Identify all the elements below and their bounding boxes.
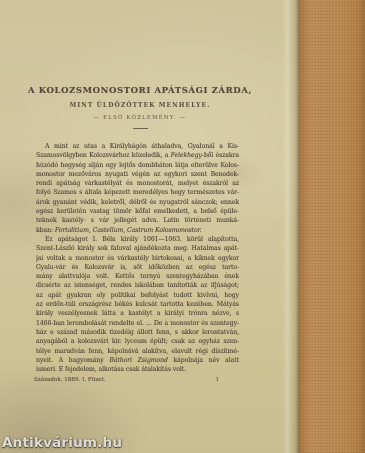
text-line: Szent-László király sok faluval ajándéko…: [36, 244, 239, 253]
text-line: húzódó hegység alján egy lejtős dombháto…: [36, 161, 239, 170]
text-line: ház e század második tizedéig állott fen…: [36, 328, 239, 337]
text-line: anyagából a kolozsvári kir. lyceum épült…: [36, 337, 239, 346]
article-subtitle: MINT ÜLDÖZÖTTEK MENHELYE.: [18, 102, 262, 109]
text-line: ismeri. E fejedelem, alkotása csak átala…: [36, 365, 239, 374]
section-label: — ELSŐ KÖZLEMÉNY. —: [18, 115, 262, 121]
article-header: A KOLOZSMONOSTORI APÁTSÁGI ZÁRDA, MINT Ü…: [18, 86, 262, 129]
text-line: egész kerületén vastag tömör kőfal emelk…: [36, 207, 239, 216]
book-cover-edge: [298, 0, 365, 453]
text-line: Ez apátságot I. Béla király 1061—1063. k…: [36, 235, 239, 244]
text-line: Gyalu-vár és Kolozsvár is, sőt időközben…: [36, 263, 239, 272]
text-line: rendi apátság várkastélyát és monostorát…: [36, 179, 239, 188]
book-scan: A KOLOZSMONOSTORI APÁTSÁGI ZÁRDA, MINT Ü…: [0, 0, 365, 453]
text-line: 1466-ban lerombolását rendelte el. ... D…: [36, 319, 239, 328]
article-title: A KOLOZSMONOSTORI APÁTSÁGI ZÁRDA,: [18, 86, 262, 96]
page-number: 1: [215, 377, 219, 383]
text-line: jai voltak a monostor és várkastély birt…: [36, 254, 239, 263]
text-line: árok gyanánt védik, keletről, délről és …: [36, 198, 239, 207]
text-line: az apát gyakran oly politikai befolyást …: [36, 291, 239, 300]
book-page: A KOLOZSMONOSTORI APÁTSÁGI ZÁRDA, MINT Ü…: [0, 0, 300, 453]
text-line: teknek kastély- s vár jellegét adva. Lat…: [36, 216, 239, 225]
text-line: télye maradván fenn, kápolnává alakítva,…: [36, 347, 239, 356]
text-line: nyeit. A hagyomány Báthori Zsigmond kápo…: [36, 356, 239, 365]
text-line: mány alattvalója volt. Kettős tornyú sze…: [36, 272, 239, 281]
divider: [133, 128, 148, 129]
journal-footnote: Századok. 1889. I. Füzet.: [34, 377, 106, 383]
text-line: az erdőn-túli országrész békés kulcsát t…: [36, 300, 239, 309]
text-line: dicsérte az istenséget, rendes iskolában…: [36, 281, 239, 290]
page-footer: Századok. 1889. I. Füzet. 1: [34, 377, 239, 383]
text-line: Szamosvölgyben Kolozsvárhoz közeledik, a…: [36, 151, 239, 160]
watermark: Antikvárium.hu: [2, 435, 122, 451]
body-text: A mint az utas a Királyhágón áthaladva, …: [36, 142, 239, 374]
text-line: monostor mezőváros nyugati végén az egyk…: [36, 170, 239, 179]
text-line: A mint az utas a Királyhágón áthaladva, …: [36, 142, 239, 151]
text-line: kban: Fortalitium, Castellum, Castrum Ko…: [36, 226, 239, 235]
text-line: király veszélyesnek látta a kastélyt a k…: [36, 309, 239, 318]
text-line: folyó Szamos s általa képezett meredélye…: [36, 188, 239, 197]
